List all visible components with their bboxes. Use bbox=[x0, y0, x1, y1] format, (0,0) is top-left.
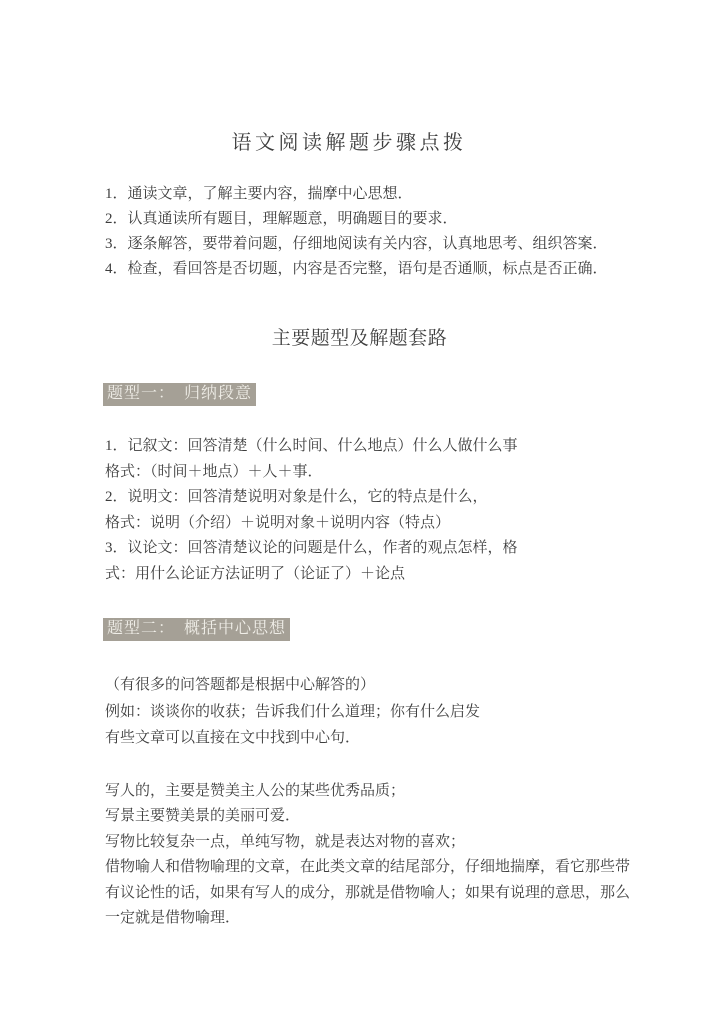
type2-header-highlight: 题型二： 概括中心思想 bbox=[103, 618, 290, 641]
type1-line-5: 3．议论文：回答清楚议论的问题是什么，作者的观点怎样，格 bbox=[105, 536, 518, 562]
type2-para2-line-4: 借物喻人和借物喻理的文章，在此类文章的结尾部分，仔细地揣摩，看它那些带 bbox=[105, 855, 630, 880]
step-item-1: 1．通读文章，了解主要内容，揣摩中心思想． bbox=[105, 182, 608, 207]
type2-para1-line-3: 有些文章可以直接在文中找到中心句． bbox=[105, 725, 480, 752]
step-item-4: 4．检查，看回答是否切题，内容是否完整，语句是否通顺，标点是否正确． bbox=[105, 257, 608, 282]
type2-para2-line-2: 写景主要赞美景的美丽可爱． bbox=[105, 804, 630, 829]
type2-para2-line-3: 写物比较复杂一点，单纯写物，就是表达对物的喜欢； bbox=[105, 830, 630, 855]
type2-para1-line-2: 例如：谈谈你的收获；告诉我们什么道理；你有什么启发 bbox=[105, 699, 480, 726]
type2-para2-line-6: 一定就是借物喻理． bbox=[105, 906, 630, 931]
type1-line-1: 1．记叙文：回答清楚（什么时间、什么地点）什么人做什么事 bbox=[105, 434, 518, 460]
document-page: 语文阅读解题步骤点拨 1．通读文章，了解主要内容，揣摩中心思想． 2．认真通读所… bbox=[0, 0, 724, 1024]
type2-para2-line-5: 有议论性的话，如果有写人的成分，那就是借物喻人；如果有说理的意思，那么 bbox=[105, 881, 630, 906]
main-title: 语文阅读解题步骤点拨 bbox=[0, 126, 724, 155]
type1-line-3: 2．说明文：回答清楚说明对象是什么，它的特点是什么， bbox=[105, 485, 518, 511]
section-title: 主要题型及解题套路 bbox=[0, 323, 724, 350]
type1-line-2: 格式：（时间＋地点）＋人＋事． bbox=[105, 460, 518, 486]
type1-line-6: 式：用什么论证方法证明了（论证了）＋论点 bbox=[105, 562, 518, 588]
reading-steps-list: 1．通读文章，了解主要内容，揣摩中心思想． 2．认真通读所有题目，理解题意，明确… bbox=[105, 182, 608, 282]
type1-body: 1．记叙文：回答清楚（什么时间、什么地点）什么人做什么事 格式：（时间＋地点）＋… bbox=[105, 434, 518, 588]
step-item-3: 3．逐条解答，要带着问题，仔细地阅读有关内容，认真地思考、组织答案． bbox=[105, 232, 608, 257]
type2-para1-line-1: （有很多的问答题都是根据中心解答的） bbox=[105, 672, 480, 699]
type2-paragraph-1: （有很多的问答题都是根据中心解答的） 例如：谈谈你的收获；告诉我们什么道理；你有… bbox=[105, 672, 480, 752]
type1-header-highlight: 题型一： 归纳段意 bbox=[103, 383, 256, 406]
step-item-2: 2．认真通读所有题目，理解题意，明确题目的要求． bbox=[105, 207, 608, 232]
type2-paragraph-2: 写人的，主要是赞美主人公的某些优秀品质； 写景主要赞美景的美丽可爱． 写物比较复… bbox=[105, 779, 630, 931]
type2-para2-line-1: 写人的，主要是赞美主人公的某些优秀品质； bbox=[105, 779, 630, 804]
type1-line-4: 格式：说明（介绍）＋说明对象＋说明内容（特点） bbox=[105, 511, 518, 537]
